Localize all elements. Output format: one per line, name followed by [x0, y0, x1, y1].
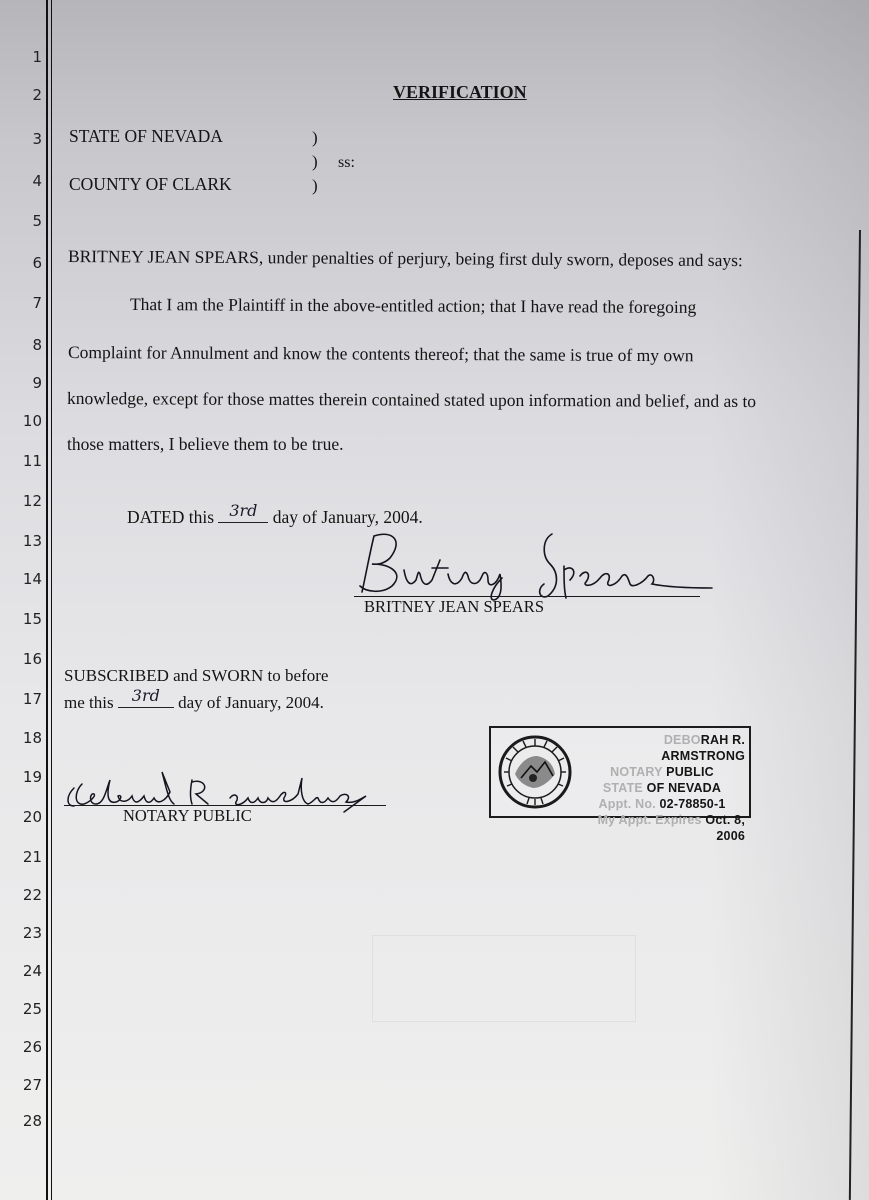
line-number: 21 — [2, 848, 42, 866]
line-number: 9 — [2, 374, 42, 392]
nevada-state-seal-icon — [497, 734, 573, 810]
dated-day-field: 3rd — [218, 504, 268, 523]
venue-bracket: ) — [312, 152, 318, 172]
right-margin-rule — [849, 230, 861, 1200]
stamp-line-clear: PUBLIC — [662, 765, 713, 779]
line-number: 24 — [2, 962, 42, 980]
body-line: That I am the Plaintiff in the above-ent… — [130, 294, 696, 318]
stamp-line: Appt. No. 02-78850-1 — [579, 796, 745, 812]
line-number: 10 — [2, 412, 42, 430]
affiant-printed-name: BRITNEY JEAN SPEARS — [364, 597, 544, 617]
stamp-line-faded: DEBO — [664, 733, 701, 747]
line-number: 23 — [2, 924, 42, 942]
jurat-line-1: SUBSCRIBED and SWORN to before — [64, 666, 328, 686]
stamp-line: DEBORAH R. ARMSTRONG — [579, 732, 745, 764]
line-number: 17 — [2, 690, 42, 708]
stamp-line-faded: NOTARY — [610, 765, 662, 779]
stamp-line-faded: STATE — [603, 781, 643, 795]
jurat-line-2: me this 3rd day of January, 2004. — [64, 689, 324, 713]
stamp-line: My Appt. Expires Oct. 8, 2006 — [579, 812, 745, 844]
line-number: 18 — [2, 729, 42, 747]
stamp-line-clear: 02-78850-1 — [660, 797, 726, 811]
dated-day-handwritten: 3rd — [218, 501, 268, 520]
line-number: 15 — [2, 610, 42, 628]
line-number: 3 — [2, 130, 42, 148]
line-number: 20 — [2, 808, 42, 826]
line-number: 4 — [2, 172, 42, 190]
line-number: 27 — [2, 1076, 42, 1094]
line-number: 2 — [2, 86, 42, 104]
line-number: 7 — [2, 294, 42, 312]
dated-line: DATED this 3rd day of January, 2004. — [127, 504, 423, 528]
dated-suffix: day of January, 2004. — [273, 507, 423, 527]
pleading-line-numbers: 1234567891011121314151617181920212223242… — [0, 0, 46, 1200]
line-number: 19 — [2, 768, 42, 786]
line-number: 16 — [2, 650, 42, 668]
line-number: 5 — [2, 212, 42, 230]
notary-label: NOTARY PUBLIC — [123, 806, 252, 826]
venue-county: COUNTY OF CLARK — [69, 174, 232, 195]
line-number: 6 — [2, 254, 42, 272]
line-number: 14 — [2, 570, 42, 588]
venue-ss: ss: — [338, 154, 355, 172]
stamp-line-clear: Oct. 8, 2006 — [705, 813, 745, 843]
stamp-line-faded: Appt. No. — [599, 797, 660, 811]
jurat-prefix: me this — [64, 693, 114, 712]
intro-paragraph: BRITNEY JEAN SPEARS, under penalties of … — [68, 246, 743, 271]
affiant-signature — [352, 530, 717, 602]
bleed-through-stamp — [372, 935, 636, 1022]
stamp-line: NOTARY PUBLIC — [579, 764, 745, 780]
stamp-line-clear: OF NEVADA — [643, 781, 721, 795]
page-shading — [709, 0, 869, 1200]
notary-stamp: DEBORAH R. ARMSTRONGNOTARY PUBLICSTATE O… — [489, 726, 751, 818]
left-margin-rule — [46, 0, 52, 1200]
venue-state: STATE OF NEVADA — [69, 126, 223, 147]
document-title: VERIFICATION — [393, 82, 527, 103]
line-number: 22 — [2, 886, 42, 904]
line-number: 26 — [2, 1038, 42, 1056]
venue-bracket: ) — [312, 176, 318, 196]
line-number: 25 — [2, 1000, 42, 1018]
line-number: 1 — [2, 48, 42, 66]
jurat-suffix: day of January, 2004. — [178, 693, 324, 712]
venue-bracket: ) — [312, 128, 318, 148]
body-line: Complaint for Annulment and know the con… — [68, 342, 694, 366]
dated-prefix: DATED this — [127, 507, 214, 527]
line-number: 28 — [2, 1112, 42, 1130]
line-number: 11 — [2, 452, 42, 470]
body-line: knowledge, except for those mattes there… — [67, 388, 756, 412]
stamp-line: STATE OF NEVADA — [579, 780, 745, 796]
line-number: 8 — [2, 336, 42, 354]
jurat-day-handwritten: 3rd — [118, 686, 174, 705]
line-number: 13 — [2, 532, 42, 550]
stamp-line-faded: My Appt. Expires — [598, 813, 706, 827]
line-number: 12 — [2, 492, 42, 510]
stamp-text: DEBORAH R. ARMSTRONGNOTARY PUBLICSTATE O… — [579, 732, 745, 844]
jurat-day-field: 3rd — [118, 689, 174, 708]
body-line: those matters, I believe them to be true… — [67, 434, 344, 455]
